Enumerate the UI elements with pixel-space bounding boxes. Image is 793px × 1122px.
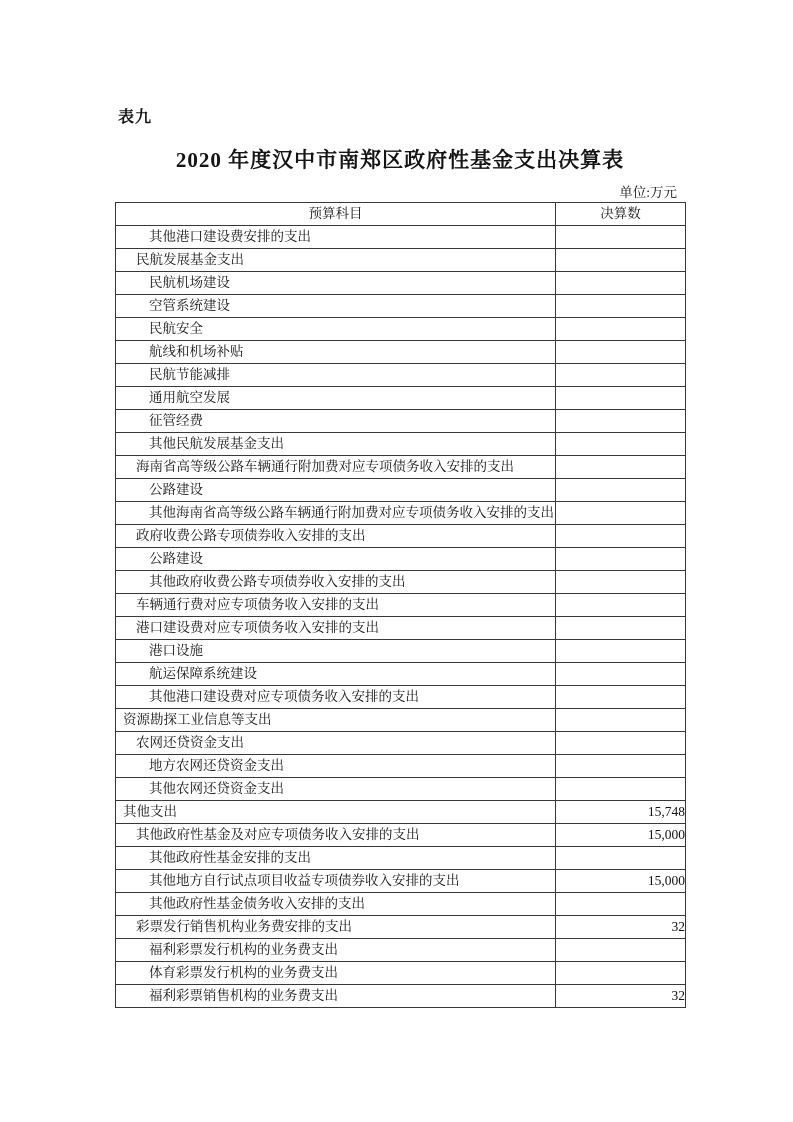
table-row: 其他政府性基金及对应专项债务收入安排的支出15,000 xyxy=(116,824,686,847)
value-cell: 15,000 xyxy=(556,824,686,847)
subject-cell: 征管经费 xyxy=(116,410,556,433)
table-header-row: 预算科目 决算数 xyxy=(116,203,686,226)
value-cell xyxy=(556,226,686,249)
subject-cell: 其他政府性基金债务收入安排的支出 xyxy=(116,893,556,916)
value-cell xyxy=(556,479,686,502)
subject-cell: 公路建设 xyxy=(116,479,556,502)
value-cell xyxy=(556,617,686,640)
table-row: 其他港口建设费安排的支出 xyxy=(116,226,686,249)
table-row: 民航机场建设 xyxy=(116,272,686,295)
table-body: 其他港口建设费安排的支出民航发展基金支出民航机场建设空管系统建设民航安全航线和机… xyxy=(116,226,686,1008)
subject-cell: 其他海南省高等级公路车辆通行附加费对应专项债务收入安排的支出 xyxy=(116,502,556,525)
table-row: 航线和机场补贴 xyxy=(116,341,686,364)
subject-cell: 其他政府性基金及对应专项债务收入安排的支出 xyxy=(116,824,556,847)
value-cell xyxy=(556,962,686,985)
value-cell: 32 xyxy=(556,985,686,1008)
unit-note: 单位:万元 xyxy=(115,181,677,201)
subject-cell: 车辆通行费对应专项债务收入安排的支出 xyxy=(116,594,556,617)
column-header-subject: 预算科目 xyxy=(116,203,556,226)
subject-cell: 公路建设 xyxy=(116,548,556,571)
table-row: 征管经费 xyxy=(116,410,686,433)
subject-cell: 其他支出 xyxy=(116,801,556,824)
budget-table: 预算科目 决算数 其他港口建设费安排的支出民航发展基金支出民航机场建设空管系统建… xyxy=(115,202,686,1008)
table-row: 公路建设 xyxy=(116,548,686,571)
value-cell xyxy=(556,295,686,318)
value-cell xyxy=(556,272,686,295)
subject-cell: 福利彩票销售机构的业务费支出 xyxy=(116,985,556,1008)
table-row: 其他海南省高等级公路车辆通行附加费对应专项债务收入安排的支出 xyxy=(116,502,686,525)
value-cell xyxy=(556,778,686,801)
value-cell: 15,000 xyxy=(556,870,686,893)
value-cell xyxy=(556,525,686,548)
value-cell xyxy=(556,686,686,709)
subject-cell: 彩票发行销售机构业务费安排的支出 xyxy=(116,916,556,939)
table-row: 民航发展基金支出 xyxy=(116,249,686,272)
subject-cell: 通用航空发展 xyxy=(116,387,556,410)
table-row: 其他港口建设费对应专项债务收入安排的支出 xyxy=(116,686,686,709)
subject-cell: 其他地方自行试点项目收益专项债券收入安排的支出 xyxy=(116,870,556,893)
subject-cell: 政府收费公路专项债券收入安排的支出 xyxy=(116,525,556,548)
subject-cell: 其他农网还贷资金支出 xyxy=(116,778,556,801)
table-row: 其他政府收费公路专项债券收入安排的支出 xyxy=(116,571,686,594)
table-row: 地方农网还贷资金支出 xyxy=(116,755,686,778)
value-cell xyxy=(556,732,686,755)
table-row: 空管系统建设 xyxy=(116,295,686,318)
table-row: 资源勘探工业信息等支出 xyxy=(116,709,686,732)
table-row: 民航节能减排 xyxy=(116,364,686,387)
table-row: 政府收费公路专项债券收入安排的支出 xyxy=(116,525,686,548)
table-row: 其他支出15,748 xyxy=(116,801,686,824)
value-cell: 15,748 xyxy=(556,801,686,824)
value-cell xyxy=(556,847,686,870)
subject-cell: 地方农网还贷资金支出 xyxy=(116,755,556,778)
subject-cell: 其他政府性基金安排的支出 xyxy=(116,847,556,870)
table-row: 港口建设费对应专项债务收入安排的支出 xyxy=(116,617,686,640)
value-cell: 32 xyxy=(556,916,686,939)
subject-cell: 民航安全 xyxy=(116,318,556,341)
table-row: 彩票发行销售机构业务费安排的支出32 xyxy=(116,916,686,939)
value-cell xyxy=(556,341,686,364)
subject-cell: 民航机场建设 xyxy=(116,272,556,295)
table-row: 其他农网还贷资金支出 xyxy=(116,778,686,801)
value-cell xyxy=(556,548,686,571)
value-cell xyxy=(556,893,686,916)
value-cell xyxy=(556,709,686,732)
subject-cell: 港口设施 xyxy=(116,640,556,663)
value-cell xyxy=(556,318,686,341)
subject-cell: 其他港口建设费对应专项债务收入安排的支出 xyxy=(116,686,556,709)
table-row: 福利彩票销售机构的业务费支出32 xyxy=(116,985,686,1008)
subject-cell: 航运保障系统建设 xyxy=(116,663,556,686)
subject-cell: 民航节能减排 xyxy=(116,364,556,387)
table-row: 海南省高等级公路车辆通行附加费对应专项债务收入安排的支出 xyxy=(116,456,686,479)
value-cell xyxy=(556,939,686,962)
value-cell xyxy=(556,594,686,617)
table-row: 其他民航发展基金支出 xyxy=(116,433,686,456)
value-cell xyxy=(556,640,686,663)
value-cell xyxy=(556,755,686,778)
value-cell xyxy=(556,663,686,686)
subject-cell: 空管系统建设 xyxy=(116,295,556,318)
subject-cell: 海南省高等级公路车辆通行附加费对应专项债务收入安排的支出 xyxy=(116,456,556,479)
subject-cell: 航线和机场补贴 xyxy=(116,341,556,364)
table-row: 通用航空发展 xyxy=(116,387,686,410)
table-row: 航运保障系统建设 xyxy=(116,663,686,686)
table-row: 民航安全 xyxy=(116,318,686,341)
table-row: 体育彩票发行机构的业务费支出 xyxy=(116,962,686,985)
subject-cell: 其他港口建设费安排的支出 xyxy=(116,226,556,249)
value-cell xyxy=(556,364,686,387)
table-row: 其他政府性基金债务收入安排的支出 xyxy=(116,893,686,916)
table-row: 农网还贷资金支出 xyxy=(116,732,686,755)
subject-cell: 其他政府收费公路专项债券收入安排的支出 xyxy=(116,571,556,594)
value-cell xyxy=(556,410,686,433)
subject-cell: 福利彩票发行机构的业务费支出 xyxy=(116,939,556,962)
subject-cell: 港口建设费对应专项债务收入安排的支出 xyxy=(116,617,556,640)
subject-cell: 其他民航发展基金支出 xyxy=(116,433,556,456)
table-row: 港口设施 xyxy=(116,640,686,663)
table-row: 其他政府性基金安排的支出 xyxy=(116,847,686,870)
table-row: 福利彩票发行机构的业务费支出 xyxy=(116,939,686,962)
subject-cell: 体育彩票发行机构的业务费支出 xyxy=(116,962,556,985)
value-cell xyxy=(556,502,686,525)
subject-cell: 资源勘探工业信息等支出 xyxy=(116,709,556,732)
value-cell xyxy=(556,249,686,272)
value-cell xyxy=(556,456,686,479)
table-row: 车辆通行费对应专项债务收入安排的支出 xyxy=(116,594,686,617)
column-header-value: 决算数 xyxy=(556,203,686,226)
value-cell xyxy=(556,387,686,410)
subject-cell: 民航发展基金支出 xyxy=(116,249,556,272)
table-row: 公路建设 xyxy=(116,479,686,502)
value-cell xyxy=(556,571,686,594)
table-row: 其他地方自行试点项目收益专项债券收入安排的支出15,000 xyxy=(116,870,686,893)
document-page: 表九 2020 年度汉中市南郑区政府性基金支出决算表 单位:万元 预算科目 决算… xyxy=(0,0,793,1122)
page-title: 2020 年度汉中市南郑区政府性基金支出决算表 xyxy=(115,144,685,174)
sheet-label: 表九 xyxy=(118,104,152,127)
subject-cell: 农网还贷资金支出 xyxy=(116,732,556,755)
value-cell xyxy=(556,433,686,456)
